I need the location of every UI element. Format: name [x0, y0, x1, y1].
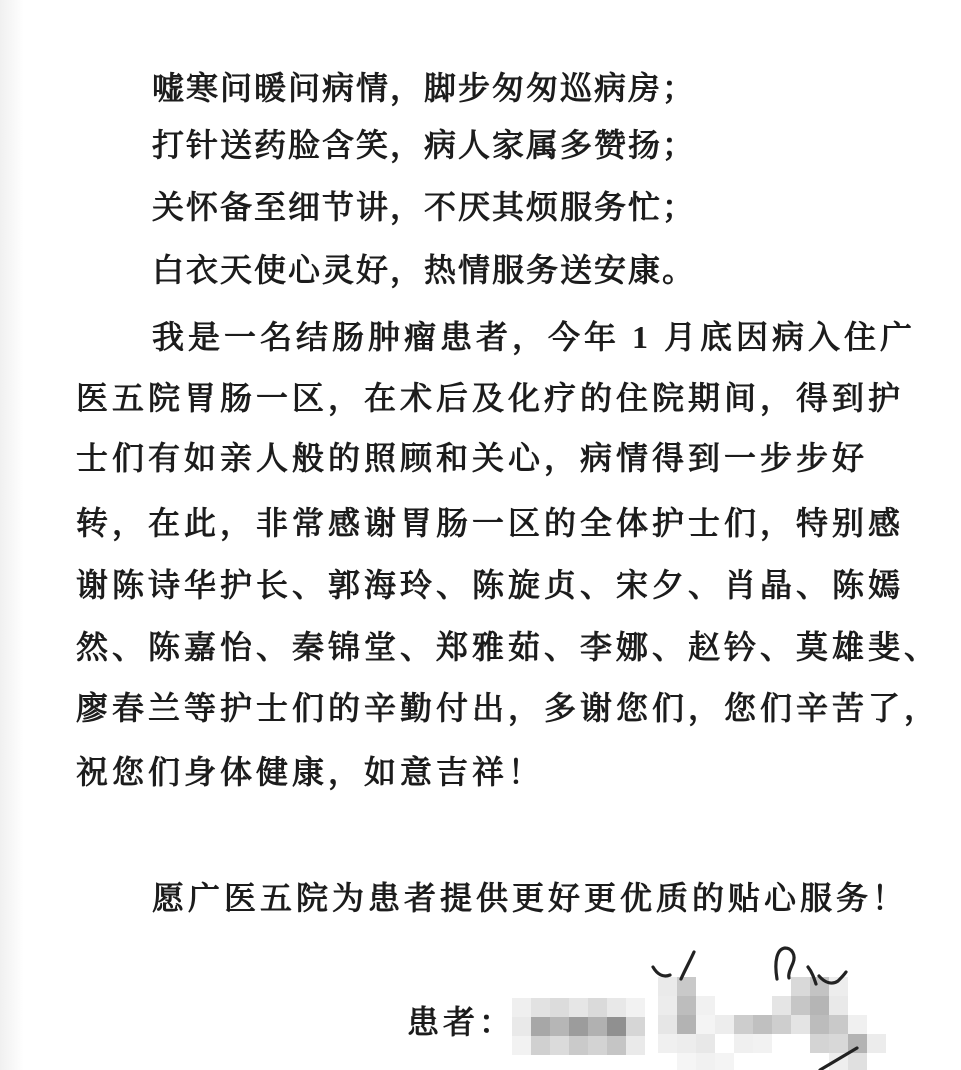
- body-line-3: 士们有如亲人般的照顾和关心，病情得到一步步好: [76, 440, 868, 477]
- poem-line-2: 打针送药脸含笑，病人家属多赞扬；: [152, 127, 696, 164]
- patient-signature-label: 患者：: [407, 1004, 515, 1041]
- redacted-handwritten-signature-mosaic: [658, 977, 886, 1070]
- poem-line-1: 嘘寒问暖问病情，脚步匆匆巡病房；: [152, 70, 696, 107]
- body-line-2: 医五院胃肠一区，在术后及化疗的住院期间，得到护: [76, 380, 904, 417]
- body-line-6: 然、陈嘉怡、秦锦堂、郑雅茹、李娜、赵钤、莫雄斐、: [76, 629, 940, 666]
- handwritten-signature-strokes: [653, 948, 857, 1070]
- body-line-5: 谢陈诗华护长、郭海玲、陈旋贞、宋夕、肖晶、陈嫣: [76, 567, 904, 604]
- redacted-patient-name-mosaic: [512, 998, 645, 1055]
- thank-you-letter-page: 嘘寒问暖问病情，脚步匆匆巡病房； 打针送药脸含笑，病人家属多赞扬； 关怀备至细节…: [0, 0, 961, 1070]
- body-line-7: 廖春兰等护士们的辛勤付出，多谢您们，您们辛苦了，: [76, 690, 940, 727]
- body-line-8: 祝您们身体健康，如意吉祥！: [76, 754, 544, 791]
- poem-line-3: 关怀备至细节讲，不厌其烦服务忙；: [152, 189, 696, 226]
- scan-edge-shading: [0, 0, 24, 1070]
- body-line-4: 转，在此，非常感谢胃肠一区的全体护士们，特别感: [76, 505, 904, 542]
- closing-wish-line: 愿广医五院为患者提供更好更优质的贴心服务！: [152, 880, 908, 917]
- body-line-1: 我是一名结肠肿瘤患者，今年 1 月底因病入住广: [152, 319, 916, 356]
- poem-line-4: 白衣天使心灵好，热情服务送安康。: [152, 252, 696, 289]
